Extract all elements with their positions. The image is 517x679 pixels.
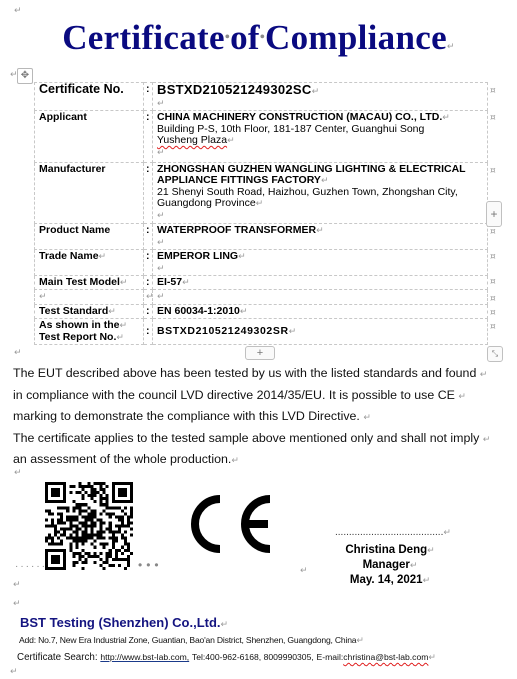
test-standard-value: EN 60034-1:2010 — [157, 305, 240, 317]
table-row: Certificate No. : BSTXD210521249302SC↵ ↵ — [35, 83, 488, 111]
table-row: Manufacturer : ZHONGSHAN GUZHEN WANGLING… — [35, 163, 488, 224]
table-row: Product Name : WATERPROOF TRANSFORMER↵↵ — [35, 224, 488, 250]
table-row: Main Test Model↵ : EI-57↵ — [35, 276, 488, 290]
add-column-button[interactable]: + — [486, 201, 502, 227]
table-row: As shown in the↵ Test Report No.↵ : BSTX… — [35, 319, 488, 345]
certificate-no-value: BSTXD210521249302SC — [157, 82, 312, 97]
compliance-statement: The EUT described above has been tested … — [13, 364, 513, 472]
row-end-mark: ¤ — [490, 308, 496, 318]
certificate-search-label: Certificate Search: — [17, 652, 98, 663]
table-row: Applicant : CHINA MACHINERY CONSTRUCTION… — [35, 111, 488, 163]
main-test-model-value: EI-57 — [157, 276, 182, 288]
signature-line: .......................................↵ — [335, 527, 451, 538]
applicant-label: Applicant — [39, 111, 87, 123]
paragraph-mark: ↵ — [14, 348, 22, 358]
table-row: Test Standard↵ : EN 60034-1:2010↵ — [35, 305, 488, 319]
title-word: of — [230, 18, 260, 57]
website-link[interactable]: http://www.bst-lab.com, — [100, 652, 189, 662]
manufacturer-label: Manufacturer — [39, 163, 106, 175]
row-end-mark: ¤ — [490, 294, 496, 304]
main-test-model-label: Main Test Model — [39, 276, 120, 288]
paragraph-mark: ↵ — [13, 599, 21, 609]
paragraph-mark: ↵ — [10, 667, 18, 677]
row-end-mark: ¤ — [490, 277, 496, 287]
applicant-address-line2: Yusheng Plaza — [157, 134, 227, 146]
footer-tel: Tel:400-962-6168, 8009990305, — [192, 652, 314, 662]
row-end-mark: ¤ — [490, 166, 496, 176]
paragraph-mark: ↵ — [14, 6, 22, 16]
row-end-mark: ¤ — [490, 113, 496, 123]
certificate-date: May. 14, 2021 — [350, 574, 423, 586]
statement-line: in compliance with the council LVD direc… — [13, 386, 513, 408]
footer-email-label: E-mail: — [317, 652, 344, 662]
table-row: Trade Name↵ : EMPEROR LING↵↵ — [35, 250, 488, 276]
manufacturer-address-line2: Guangdong Province — [157, 197, 256, 209]
test-report-no-value: BSTXD210521249302SR — [157, 325, 289, 337]
trade-name-value: EMPEROR LING — [157, 250, 238, 262]
row-end-mark: ¤ — [490, 252, 496, 262]
statement-line: an assessment of the whole production.↵ — [13, 450, 513, 472]
row-end-mark: ¤ — [490, 322, 496, 332]
test-report-label-line1: As shown in the — [39, 319, 120, 331]
document-title: Certificate•of•Compliance↵ — [0, 18, 517, 58]
table-resize-handle-icon[interactable]: ⤡ — [487, 346, 503, 362]
table-move-handle-icon[interactable]: ✥ — [17, 68, 33, 84]
paragraph-mark: ↵ — [13, 580, 21, 590]
signatory-position: Manager — [363, 559, 410, 571]
applicant-name: CHINA MACHINERY CONSTRUCTION (MACAU) CO.… — [157, 111, 442, 123]
title-word: Certificate — [62, 18, 225, 57]
statement-line: marking to demonstrate the compliance wi… — [13, 407, 513, 429]
row-end-mark: ¤ — [490, 86, 496, 96]
certificate-no-label: Certificate No. — [39, 82, 124, 96]
footer-email[interactable]: christina@bst-lab.com — [343, 652, 428, 662]
qr-code-icon — [45, 482, 133, 570]
table-row: ↵ ↵ ↵ — [35, 290, 488, 305]
product-name-label: Product Name — [39, 224, 110, 236]
paragraph-mark: ↵ — [300, 566, 308, 576]
ce-mark-icon — [180, 493, 276, 555]
statement-line: The certificate applies to the tested sa… — [13, 429, 513, 451]
certificate-info-table: Certificate No. : BSTXD210521249302SC↵ ↵… — [34, 82, 488, 345]
row-end-mark: ¤ — [490, 227, 496, 237]
footer-address: Add: No.7, New Era Industrial Zone, Guan… — [19, 635, 356, 645]
paragraph-mark: ↵ — [14, 468, 22, 478]
product-name-value: WATERPROOF TRANSFORMER — [157, 224, 316, 236]
statement-line: The EUT described above has been tested … — [13, 364, 513, 386]
test-standard-label: Test Standard — [39, 305, 108, 317]
test-report-label-line2: Test Report No. — [39, 331, 116, 343]
trade-name-label: Trade Name — [39, 250, 99, 262]
footer-company-name: BST Testing (Shenzhen) Co.,Ltd. — [20, 615, 221, 630]
manufacturer-name-line2: APPLIANCE FITTINGS FACTORY — [157, 174, 321, 186]
signatory-name: Christina Deng — [345, 544, 427, 556]
add-row-button[interactable]: + — [245, 346, 275, 360]
title-word: Compliance — [265, 18, 447, 57]
